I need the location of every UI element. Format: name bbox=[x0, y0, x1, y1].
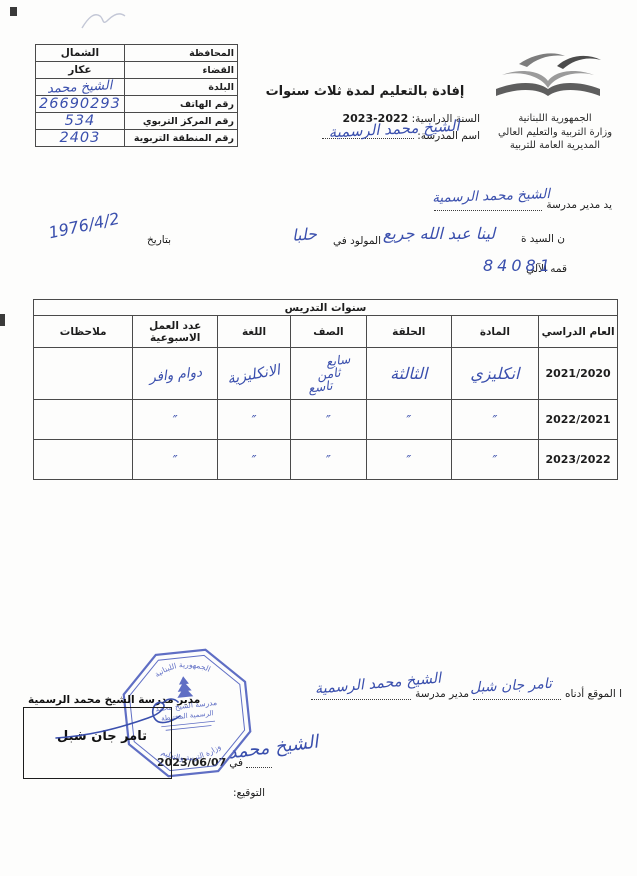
table-header-row: العام الدراسي المادة الحلقة الصف اللغة ع… bbox=[34, 316, 618, 348]
subject-cell: انكليزي bbox=[470, 364, 519, 383]
ministry-line: وزارة التربية والتعليم العالي bbox=[475, 126, 635, 140]
notes-cell bbox=[34, 440, 133, 480]
certificate-title: إفادة بالتعليم لمدة ثلاث سنوات bbox=[245, 84, 485, 99]
table-row: 2022/2021 ″ ″ ″ ″ ″ bbox=[34, 400, 618, 440]
col-notes: ملاحظات bbox=[34, 316, 133, 348]
info-row: المحافظة الشمال bbox=[36, 45, 238, 62]
language-cell: الانكليزية bbox=[226, 362, 281, 387]
table-row: 2023/2022 ″ ″ ″ ″ ″ bbox=[34, 440, 618, 480]
col-cycle: الحلقة bbox=[366, 316, 451, 348]
notes-cell bbox=[34, 400, 133, 440]
info-row: رقم المنطقة التربوية 2403 bbox=[36, 130, 238, 147]
info-label: البلدة bbox=[124, 79, 237, 96]
info-row: القضاء عكار bbox=[36, 62, 238, 79]
principal-line-label: يد مدير مدرسة bbox=[546, 199, 612, 211]
birthplace-handwritten: حلبا bbox=[291, 224, 317, 245]
ditto-mark: ″ bbox=[252, 454, 257, 469]
seal-top-text: الجمهورية اللبنانية bbox=[152, 657, 213, 679]
info-value-handwritten: 2403 bbox=[36, 130, 125, 147]
info-value-handwritten: الشيخ محمد bbox=[36, 79, 125, 96]
table-title: سنوات التدريس bbox=[34, 300, 618, 316]
signature-label: التوقيع: bbox=[233, 787, 265, 799]
table-row: 2021/2020 انكليزي الثالثة سابع ثامن تاسع… bbox=[34, 348, 618, 400]
info-value-handwritten: 534 bbox=[36, 113, 125, 130]
info-label: القضاء bbox=[124, 62, 237, 79]
year-cell: 2021/2020 bbox=[545, 367, 610, 380]
scanned-certificate-page: المحافظة الشمال القضاء عكار البلدة الشيخ… bbox=[0, 0, 637, 876]
weekly-hours-cell: دوام وافر bbox=[148, 364, 202, 385]
info-row: رقم الهاتف 26690293 bbox=[36, 96, 238, 113]
file-number-handwritten: 84081 bbox=[483, 256, 554, 275]
info-value: عكار bbox=[36, 62, 125, 79]
ditto-mark: ″ bbox=[492, 414, 497, 429]
ministry-header-text: الجمهورية اللبنانية وزارة التربية والتعل… bbox=[475, 112, 635, 153]
faint-pencil-scribble bbox=[78, 4, 128, 34]
year-cell: 2022/2021 bbox=[545, 413, 610, 426]
ditto-mark: ″ bbox=[406, 414, 411, 429]
open-book-logo-icon bbox=[489, 50, 607, 106]
year-cell: 2023/2022 bbox=[545, 453, 610, 466]
ditto-mark: ″ bbox=[326, 454, 331, 469]
ditto-mark: ″ bbox=[492, 454, 497, 469]
governorate-info-table: المحافظة الشمال القضاء عكار البلدة الشيخ… bbox=[35, 44, 238, 147]
info-value-handwritten: 26690293 bbox=[36, 96, 125, 113]
born-in-label: المولود في bbox=[333, 235, 381, 247]
col-school-year: العام الدراسي bbox=[539, 316, 618, 348]
teacher-label: ن السيد ة bbox=[521, 233, 565, 245]
col-weekly-hours: عدد العمل الاسبوعية bbox=[133, 316, 218, 348]
info-label: رقم المركز التربوي bbox=[124, 113, 237, 130]
notes-cell bbox=[34, 348, 133, 400]
cycle-cell: الثالثة bbox=[390, 364, 427, 383]
col-subject: المادة bbox=[451, 316, 539, 348]
signed-prefix: ا الموقع أدناه bbox=[565, 688, 622, 700]
birthdate-handwritten: 1976/4/2 bbox=[29, 205, 139, 246]
birthdate-label: بتاريخ bbox=[147, 234, 171, 246]
info-value: الشمال bbox=[36, 45, 125, 62]
grades-cell: سابع ثامن تاسع bbox=[291, 348, 367, 400]
col-grade: الصف bbox=[291, 316, 367, 348]
info-label: المحافظة bbox=[124, 45, 237, 62]
stamp-box-outline bbox=[23, 707, 172, 779]
ditto-mark: ″ bbox=[173, 414, 178, 429]
scan-mark-left-edge bbox=[0, 314, 5, 326]
directorate-line: المديرية العامة للتربية bbox=[475, 139, 635, 153]
republic-line: الجمهورية اللبنانية bbox=[475, 112, 635, 126]
principal-of-label: مدير مدرسة bbox=[415, 688, 469, 700]
ditto-mark: ″ bbox=[173, 454, 178, 469]
ditto-mark: ″ bbox=[406, 454, 411, 469]
ministry-logo bbox=[473, 50, 623, 110]
info-row: رقم المركز التربوي 534 bbox=[36, 113, 238, 130]
info-label: رقم الهاتف bbox=[124, 96, 237, 113]
col-language: اللغة bbox=[218, 316, 291, 348]
scan-mark-top-left bbox=[10, 7, 17, 16]
info-row: البلدة الشيخ محمد bbox=[36, 79, 238, 96]
teaching-years-table: سنوات التدريس العام الدراسي المادة الحلق… bbox=[33, 299, 618, 480]
ditto-mark: ″ bbox=[252, 414, 257, 429]
info-label: رقم المنطقة التربوية bbox=[124, 130, 237, 147]
ditto-mark: ″ bbox=[326, 414, 331, 429]
